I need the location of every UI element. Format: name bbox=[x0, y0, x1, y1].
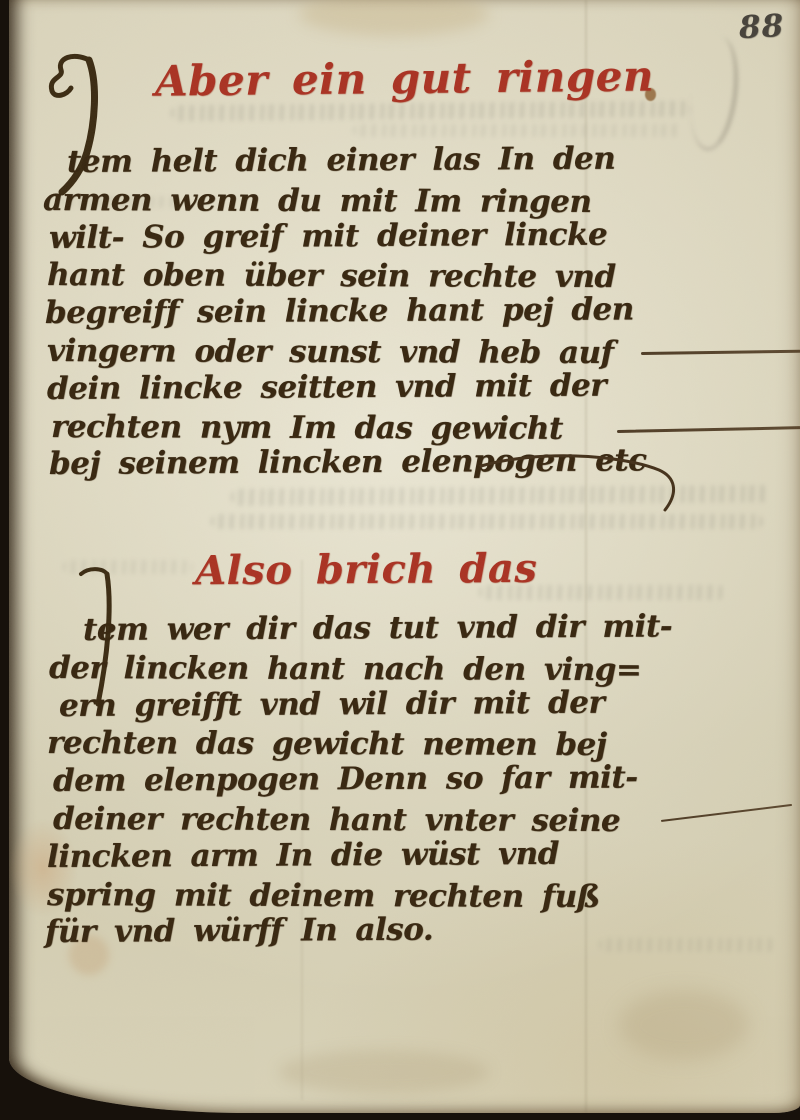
line-filler-stroke bbox=[641, 350, 800, 355]
rubric-heading-1: Aber ein gut ringen bbox=[155, 55, 654, 102]
paragraph-1: tem helt dich einer las In den armen wen… bbox=[47, 144, 646, 484]
rubric-heading-2: Also brich das bbox=[195, 549, 538, 591]
text-line: dein lincke seitten vnd mit der bbox=[47, 367, 647, 408]
bleedthrough-text bbox=[353, 124, 683, 137]
pen-flourish-stroke bbox=[661, 804, 792, 822]
text-line: dem elenpogen Denn so far mit- bbox=[53, 759, 672, 801]
text-line: wilt- So greif mit deiner lincke bbox=[49, 216, 647, 257]
text-line: begreiff sein lincke hant pej den bbox=[45, 292, 647, 333]
text-line: lincken arm In die wüst vnd bbox=[47, 835, 672, 877]
page-stain bbox=[279, 1050, 489, 1094]
manuscript-scan: 88 Aber ein gut ringen tem helt dich ein… bbox=[0, 0, 800, 1120]
folio-number: 88 bbox=[738, 11, 785, 44]
bleedthrough-text bbox=[63, 560, 193, 574]
text-line: der lincken hant nach den ving= bbox=[49, 650, 672, 690]
paragraph-2: tem wer dir das tut vnd dir mit- der lin… bbox=[47, 612, 672, 952]
text-line: tem helt dich einer las In den bbox=[67, 140, 647, 181]
text-line: für vnd würff In also. bbox=[45, 911, 672, 953]
bleedthrough-text bbox=[211, 514, 763, 529]
page-stain bbox=[299, 0, 489, 36]
parchment-page: 88 Aber ein gut ringen tem helt dich ein… bbox=[9, 0, 800, 1113]
bleedthrough-mark bbox=[684, 34, 744, 154]
text-line: vingern oder sunst vnd heb auf bbox=[47, 333, 647, 373]
page-stain bbox=[619, 990, 749, 1060]
text-line: tem wer dir das tut vnd dir mit- bbox=[83, 608, 672, 649]
text-line: bej seinem lincken elenpogen etc bbox=[49, 443, 647, 484]
bleedthrough-text bbox=[231, 485, 771, 506]
text-line: armen wenn du mit Im ringen bbox=[43, 182, 647, 222]
text-line: ern greifft vnd wil dir mit der bbox=[59, 684, 672, 726]
